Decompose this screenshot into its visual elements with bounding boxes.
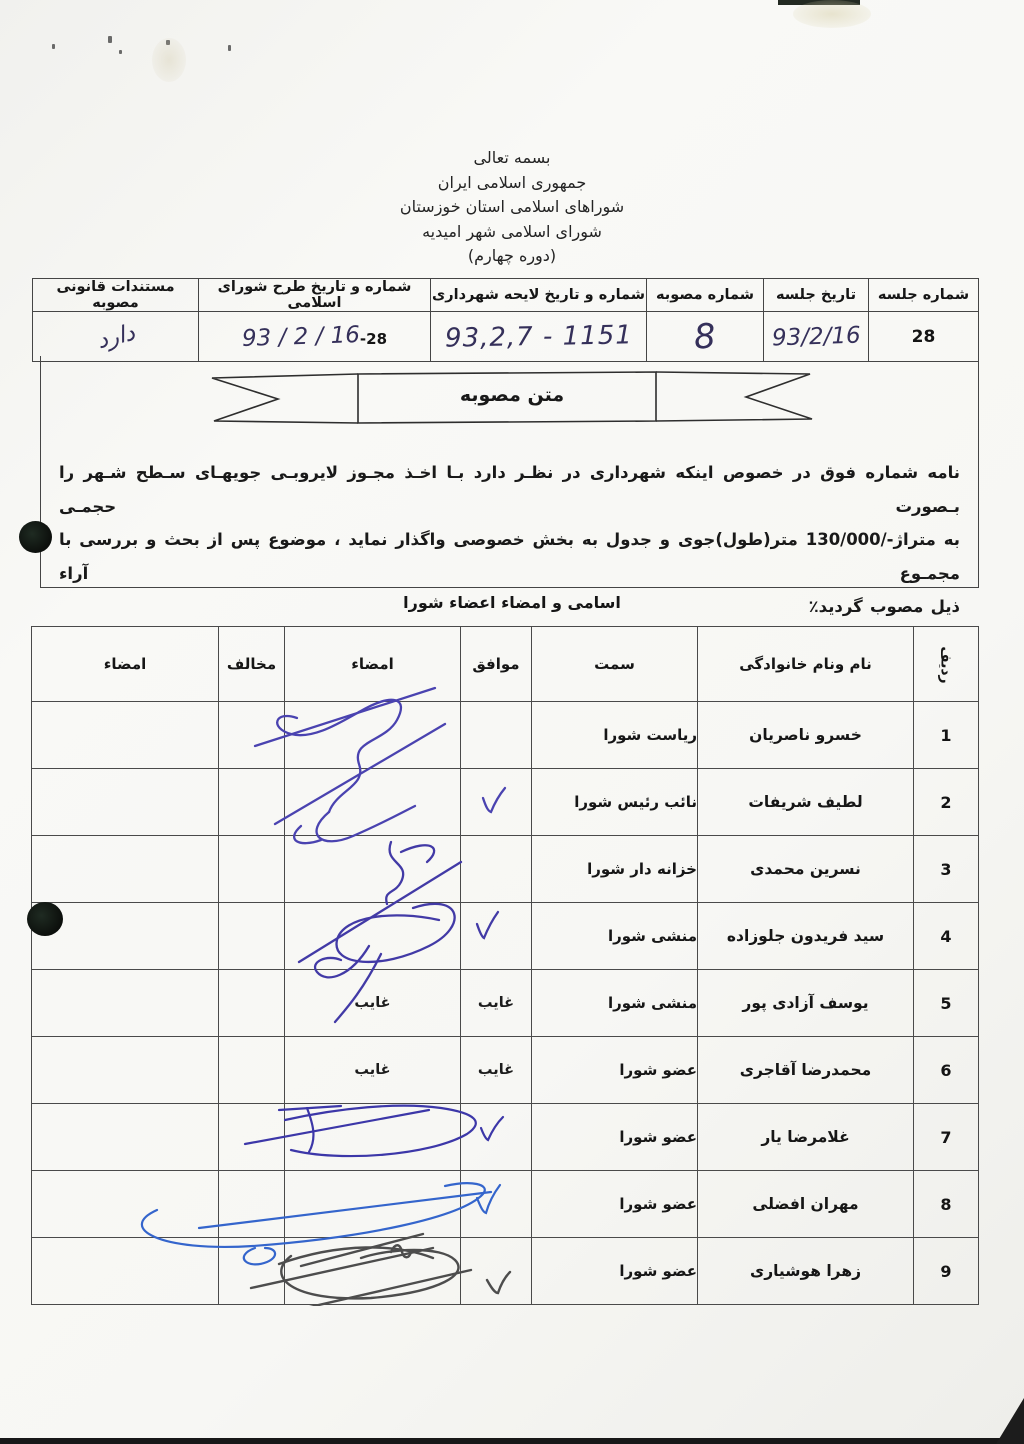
- row-number: 4: [914, 903, 979, 970]
- handwritten-value: 93 / 2 / 16: [242, 321, 361, 351]
- handwritten-value: 93,2,7 - 1151: [444, 320, 632, 353]
- member-name: محمدرضا آقاجری: [698, 1037, 914, 1104]
- value-session-date: 93/2/16: [764, 312, 869, 362]
- header-label: سمت: [594, 655, 635, 673]
- signature-oppose-cell: [32, 702, 219, 769]
- member-row: 2 لطیف شریفات نائب رئیس شورا: [32, 769, 979, 836]
- member-position: عضو شورا: [532, 1171, 698, 1238]
- signature-oppose-cell: [32, 970, 219, 1037]
- member-position: نائب رئیس شورا: [532, 769, 698, 836]
- header-label: شماره مصوبه: [656, 287, 754, 303]
- header-label: موافق: [472, 655, 519, 673]
- row-number: 2: [914, 769, 979, 836]
- header-position: سمت: [532, 627, 698, 702]
- agree-cell: [461, 1171, 532, 1238]
- signature-oppose-cell: [32, 1104, 219, 1171]
- signature-oppose-cell: [32, 769, 219, 836]
- member-position: عضو شورا: [532, 1104, 698, 1171]
- row-number: 9: [914, 1238, 979, 1305]
- row-number: 7: [914, 1104, 979, 1171]
- header-agree: موافق: [461, 627, 532, 702]
- member-position: ریاست شورا: [532, 702, 698, 769]
- signature-cell: [285, 1171, 461, 1238]
- member-position: عضو شورا: [532, 1238, 698, 1305]
- member-row: 6 محمدرضا آقاجری عضو شورا غایب غایب: [32, 1037, 979, 1104]
- member-row: 5 یوسف آزادی پور منشی شورا غایب غایب: [32, 970, 979, 1037]
- members-header-row: ردیف نام ونام خانوادگی سمت موافق امضاء م…: [32, 627, 979, 702]
- handwritten-value: 93/2/16: [771, 322, 861, 351]
- member-position: منشی شورا: [532, 903, 698, 970]
- signature-cell: غایب: [285, 970, 461, 1037]
- resolution-banner: متن مصوبه: [204, 369, 820, 427]
- members-section-title: اسامی و امضاء اعضاء شورا: [0, 593, 1024, 612]
- signature-oppose-cell: [32, 1171, 219, 1238]
- signature-cell: [285, 1104, 461, 1171]
- signature-oppose-cell: [32, 1238, 219, 1305]
- info-table-values-row: 28 93/2/16 8 93,2,7 - 1151 93 / 2 / 16-2…: [33, 312, 979, 362]
- member-row: 9 زهرا هوشیاری عضو شورا: [32, 1238, 979, 1305]
- header-line-republic: جمهوری اسلامی ایران: [0, 171, 1024, 196]
- header-label: امضاء: [351, 655, 394, 673]
- punch-hole: [19, 521, 52, 553]
- member-name: خسرو ناصریان: [698, 702, 914, 769]
- punch-hole: [27, 902, 63, 936]
- member-row: 8 مهران افضلی عضو شورا: [32, 1171, 979, 1238]
- scan-speck: [108, 36, 112, 43]
- member-row: 7 غلامرضا یار عضو شورا: [32, 1104, 979, 1171]
- agree-cell: [461, 1238, 532, 1305]
- agree-cell: [461, 702, 532, 769]
- agree-cell: غایب: [461, 1037, 532, 1104]
- member-name: لطیف شریفات: [698, 769, 914, 836]
- scan-corner-shadow: [996, 1398, 1024, 1444]
- header-legal-documents: مستندات قانونی مصوبه: [33, 279, 199, 312]
- row-number: 8: [914, 1171, 979, 1238]
- row-number: 6: [914, 1037, 979, 1104]
- row-number: 3: [914, 836, 979, 903]
- signature-cell: [285, 836, 461, 903]
- member-position: عضو شورا: [532, 1037, 698, 1104]
- banner-title: متن مصوبه: [204, 384, 820, 406]
- oppose-cell: [219, 1104, 285, 1171]
- scan-edge-strip: [0, 1438, 1024, 1444]
- value-legal-documents: دارد: [33, 312, 199, 362]
- oppose-cell: [219, 769, 285, 836]
- signature-cell: [285, 702, 461, 769]
- value-municipality-bill: 93,2,7 - 1151: [431, 312, 647, 362]
- oppose-cell: [219, 1238, 285, 1305]
- header-line-councils: شوراهای اسلامی استان خوزستان: [0, 195, 1024, 220]
- signature-cell: [285, 903, 461, 970]
- header-session-date: تاریخ جلسه: [764, 279, 869, 312]
- scan-speck: [119, 50, 122, 54]
- scan-stain: [793, 0, 871, 28]
- header-label: مستندات قانونی مصوبه: [56, 279, 174, 311]
- header-label: مخالف: [227, 655, 276, 673]
- header-line-city-council: شورای اسلامی شهر امیدیه: [0, 220, 1024, 245]
- header-row-number: ردیف: [914, 627, 979, 702]
- row-number: 1: [914, 702, 979, 769]
- header-oppose: مخالف: [219, 627, 285, 702]
- member-name: سید فریدون جلوزاده: [698, 903, 914, 970]
- signature-oppose-cell: [32, 836, 219, 903]
- document-header: بسمه تعالی جمهوری اسلامی ایران شوراهای ا…: [0, 146, 1024, 269]
- signature-oppose-cell: [32, 1037, 219, 1104]
- member-name: زهرا هوشیاری: [698, 1238, 914, 1305]
- header-label: ردیف: [938, 646, 954, 683]
- value-council-plan: 93 / 2 / 16-28: [199, 312, 431, 362]
- member-name: مهران افضلی: [698, 1171, 914, 1238]
- member-row: 3 نسرین محمدی خزانه دار شورا: [32, 836, 979, 903]
- member-row: 4 سید فریدون جلوزاده منشی شورا: [32, 903, 979, 970]
- header-signature-oppose: امضاء: [32, 627, 219, 702]
- agree-cell: [461, 836, 532, 903]
- members-signature-table: ردیف نام ونام خانوادگی سمت موافق امضاء م…: [31, 626, 979, 1305]
- header-label: شماره و تاریخ لایحه شهرداری: [432, 287, 645, 303]
- member-position: منشی شورا: [532, 970, 698, 1037]
- member-name: نسرین محمدی: [698, 836, 914, 903]
- header-council-plan: شماره و تاریخ طرح شورای اسلامی: [199, 279, 431, 312]
- printed-value: -28: [360, 330, 387, 348]
- header-signature-agree: امضاء: [285, 627, 461, 702]
- oppose-cell: [219, 836, 285, 903]
- header-full-name: نام ونام خانوادگی: [698, 627, 914, 702]
- signature-cell: [285, 769, 461, 836]
- signature-cell: غایب: [285, 1037, 461, 1104]
- member-name: یوسف آزادی پور: [698, 970, 914, 1037]
- signature-cell: [285, 1238, 461, 1305]
- oppose-cell: [219, 702, 285, 769]
- header-label: امضاء: [104, 655, 147, 673]
- header-label: نام ونام خانوادگی: [739, 655, 872, 673]
- handwritten-value: دارد: [94, 319, 137, 353]
- resolution-line: نامه شماره فوق در خصوص اینکه شهرداری در …: [59, 456, 960, 523]
- oppose-cell: [219, 1037, 285, 1104]
- header-label: تاریخ جلسه: [776, 287, 856, 303]
- oppose-cell: [219, 970, 285, 1037]
- agree-cell: [461, 1104, 532, 1171]
- header-municipality-bill: شماره و تاریخ لایحه شهرداری: [431, 279, 647, 312]
- header-label: شماره و تاریخ طرح شورای اسلامی: [218, 279, 412, 311]
- scan-smudge: [152, 38, 186, 82]
- oppose-cell: [219, 1171, 285, 1238]
- handwritten-value: 8: [693, 316, 717, 357]
- agree-cell: [461, 769, 532, 836]
- resolution-info-table: شماره جلسه تاریخ جلسه شماره مصوبه شماره …: [32, 278, 979, 362]
- info-table-header-row: شماره جلسه تاریخ جلسه شماره مصوبه شماره …: [33, 279, 979, 312]
- agree-cell: [461, 903, 532, 970]
- oppose-cell: [219, 903, 285, 970]
- header-line-basmala: بسمه تعالی: [0, 146, 1024, 171]
- header-session-number: شماره جلسه: [869, 279, 979, 312]
- header-label: شماره جلسه: [878, 287, 969, 303]
- member-position: خزانه دار شورا: [532, 836, 698, 903]
- value-session-number: 28: [869, 312, 979, 362]
- resolution-line: به متراژ-/130/000 متر(طول)جوی و جدول به …: [59, 523, 960, 590]
- resolution-text-box: متن مصوبه نامه شماره فوق در خصوص اینکه ش…: [40, 356, 979, 588]
- header-line-term: (دوره چهارم): [0, 244, 1024, 269]
- printed-value: 28: [912, 327, 936, 347]
- value-resolution-number: 8: [647, 312, 764, 362]
- scan-speck: [52, 44, 55, 49]
- agree-cell: غایب: [461, 970, 532, 1037]
- member-row: 1 خسرو ناصریان ریاست شورا: [32, 702, 979, 769]
- scanned-document-page: بسمه تعالی جمهوری اسلامی ایران شوراهای ا…: [0, 0, 1024, 1444]
- row-number: 5: [914, 970, 979, 1037]
- header-resolution-number: شماره مصوبه: [647, 279, 764, 312]
- member-name: غلامرضا یار: [698, 1104, 914, 1171]
- scan-speck: [228, 45, 231, 51]
